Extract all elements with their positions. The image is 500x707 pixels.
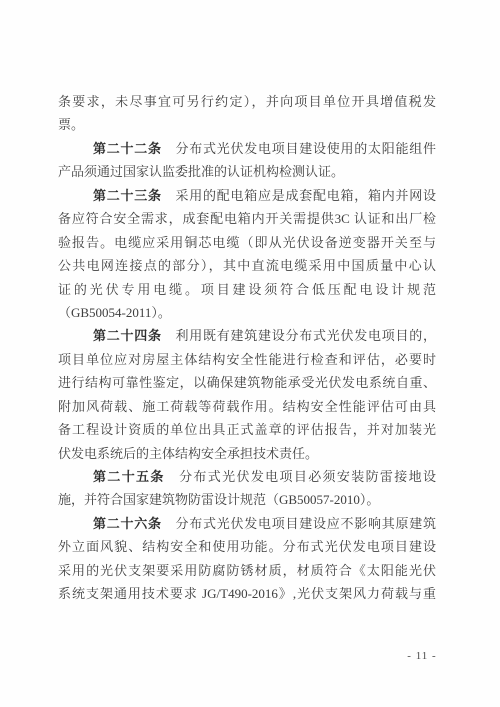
line-text: 验报告。电缆应采用铜芯电缆（即从光伏设备逆变器开关至与 <box>58 235 436 250</box>
line-text: 证的光伏专用电缆。项目建设须符合低压配电设计规范 <box>58 282 436 297</box>
line-text: 条要求，未尽事宜可另行约定），并向项目单位开具增值税发 <box>58 94 436 109</box>
line-text: 伏发电系统后的主体结构安全承担技术责任。 <box>58 446 318 461</box>
text-line: 第二十六条 分布式光伏发电项目建设应不影响其原建筑 <box>58 512 436 535</box>
line-text: （GB50054-2011）。 <box>58 305 171 320</box>
text-line: 伏发电系统后的主体结构安全承担技术责任。 <box>58 442 436 465</box>
line-text: 系统支架通用技术要求 JG/T490-2016》,光伏支架风力荷载与重 <box>58 586 436 601</box>
text-line: 施，并符合国家建筑物防雷设计规范（GB50057-2010）。 <box>58 488 436 511</box>
line-text: 备工程设计资质的单位出具正式盖章的评估报告，并对加装光 <box>58 422 436 437</box>
line-text: 施，并符合国家建筑物防雷设计规范（GB50057-2010）。 <box>58 492 379 507</box>
article-number: 第二十五条 <box>93 469 165 484</box>
line-text: 分布式光伏发电项目必须安装防雷接地设 <box>165 469 436 484</box>
text-line: 第二十四条 利用既有建筑建设分布式光伏发电项目的， <box>58 324 436 347</box>
article-number: 第二十二条 <box>93 141 162 156</box>
text-line: 备应符合安全需求，成套配电箱内开关需提供3C 认证和出厂检 <box>58 207 436 230</box>
line-text: 进行结构可靠性鉴定，以确保建筑物能承受光伏发电系统自重、 <box>58 375 436 390</box>
document-page: 条要求，未尽事宜可另行约定），并向项目单位开具增值税发票。第二十二条 分布式光伏… <box>0 0 500 707</box>
text-line: （GB50054-2011）。 <box>58 301 436 324</box>
line-text: 采用的配电箱应是成套配电箱，箱内并网设 <box>162 188 436 203</box>
line-text: 附加风荷载、施工荷载等荷载作用。结构安全性能评估可由具 <box>58 399 436 414</box>
text-line: 外立面风貌、结构安全和使用功能。分布式光伏发电项目建设 <box>58 535 436 558</box>
text-line: 验报告。电缆应采用铜芯电缆（即从光伏设备逆变器开关至与 <box>58 231 436 254</box>
text-line: 产品须通过国家认监委批准的认证机构检测认证。 <box>58 160 436 183</box>
document-body: 条要求，未尽事宜可另行约定），并向项目单位开具增值税发票。第二十二条 分布式光伏… <box>58 90 436 606</box>
text-line: 公共电网连接点的部分），其中直流电缆采用中国质量中心认 <box>58 254 436 277</box>
line-text: 利用既有建筑建设分布式光伏发电项目的， <box>162 328 436 343</box>
line-text: 票。 <box>58 117 84 132</box>
text-line: 进行结构可靠性鉴定，以确保建筑物能承受光伏发电系统自重、 <box>58 371 436 394</box>
page-number: - 11 - <box>398 650 446 662</box>
text-line: 证的光伏专用电缆。项目建设须符合低压配电设计规范 <box>58 278 436 301</box>
article-number: 第二十六条 <box>93 516 162 531</box>
text-line: 项目单位应对房屋主体结构安全性能进行检查和评估，必要时 <box>58 348 436 371</box>
line-text: 备应符合安全需求，成套配电箱内开关需提供3C 认证和出厂检 <box>58 211 436 226</box>
article-number: 第二十三条 <box>93 188 162 203</box>
text-line: 第二十三条 采用的配电箱应是成套配电箱，箱内并网设 <box>58 184 436 207</box>
text-line: 条要求，未尽事宜可另行约定），并向项目单位开具增值税发 <box>58 90 436 113</box>
text-line: 附加风荷载、施工荷载等荷载作用。结构安全性能评估可由具 <box>58 395 436 418</box>
line-text: 产品须通过国家认监委批准的认证机构检测认证。 <box>58 164 344 179</box>
line-text: 项目单位应对房屋主体结构安全性能进行检查和评估，必要时 <box>58 352 436 367</box>
text-line: 备工程设计资质的单位出具正式盖章的评估报告，并对加装光 <box>58 418 436 441</box>
line-text: 分布式光伏发电项目建设使用的太阳能组件 <box>162 141 436 156</box>
text-line: 第二十五条 分布式光伏发电项目必须安装防雷接地设 <box>58 465 436 488</box>
line-text: 外立面风貌、结构安全和使用功能。分布式光伏发电项目建设 <box>58 539 436 554</box>
line-text: 采用的光伏支架要采用防腐防锈材质，材质符合《太阳能光伏 <box>58 563 436 578</box>
text-line: 采用的光伏支架要采用防腐防锈材质，材质符合《太阳能光伏 <box>58 559 436 582</box>
text-line: 票。 <box>58 113 436 136</box>
text-line: 系统支架通用技术要求 JG/T490-2016》,光伏支架风力荷载与重 <box>58 582 436 605</box>
text-line: 第二十二条 分布式光伏发电项目建设使用的太阳能组件 <box>58 137 436 160</box>
article-number: 第二十四条 <box>93 328 162 343</box>
line-text: 公共电网连接点的部分），其中直流电缆采用中国质量中心认 <box>58 258 436 273</box>
line-text: 分布式光伏发电项目建设应不影响其原建筑 <box>162 516 436 531</box>
